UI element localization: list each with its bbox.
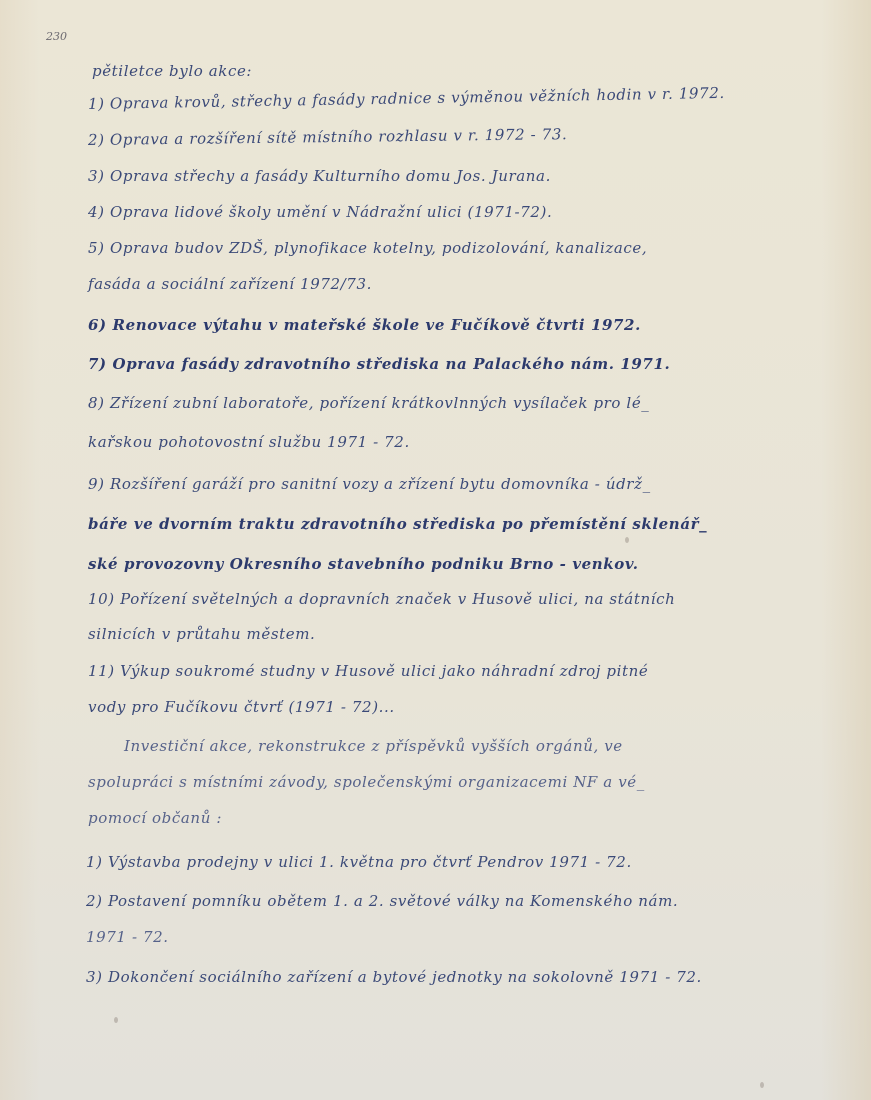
paragraph-line-2: spolupráci s místními závody, společensk… [88, 773, 645, 791]
paper-speck [114, 1017, 118, 1023]
handwritten-page: 230 pětiletce bylo akce: 1) Oprava krovů… [0, 0, 871, 1100]
second-list-item-3: 3) Dokončení sociálního zařízení a bytov… [86, 968, 702, 986]
list-item-3: 3) Oprava střechy a fasády Kulturního do… [88, 167, 551, 185]
list-item-10-line-1: 10) Pořízení světelných a dopravních zna… [88, 590, 675, 608]
list-item-4: 4) Oprava lidové školy umění v Nádražní … [88, 203, 552, 221]
list-item-2: 2) Oprava a rozšíření sítě místního rozh… [88, 125, 568, 149]
list-item-5-line-1: 5) Oprava budov ZDŠ, plynofikace kotelny… [88, 239, 647, 257]
list-item-9-line-2: báře ve dvorním traktu zdravotního střed… [88, 515, 707, 533]
list-item-9-line-1: 9) Rozšíření garáží pro sanitní vozy a z… [88, 475, 651, 493]
paragraph-line-3: pomocí občanů : [88, 809, 222, 827]
paper-speck [760, 1082, 764, 1088]
list-item-6: 6) Renovace výtahu v mateřské škole ve F… [88, 316, 641, 334]
paper-speck [625, 537, 629, 543]
second-list-item-2-line-2: 1971 - 72. [86, 928, 169, 946]
list-item-9-line-3: ské provozovny Okresního stavebního podn… [88, 555, 639, 573]
list-item-8-line-1: 8) Zřízení zubní laboratoře, pořízení kr… [88, 394, 649, 412]
list-item-11-line-1: 11) Výkup soukromé studny v Husově ulici… [88, 662, 648, 680]
page-number: 230 [46, 30, 67, 43]
second-list-item-1: 1) Výstavba prodejny v ulici 1. května p… [86, 853, 632, 871]
list-item-10-line-2: silnicích v průtahu městem. [88, 625, 315, 643]
list-item-1: 1) Oprava krovů, střechy a fasády radnic… [88, 84, 725, 113]
list-item-7: 7) Oprava fasády zdravotního střediska n… [88, 355, 670, 373]
list-item-8-line-2: kařskou pohotovostní službu 1971 - 72. [88, 433, 410, 451]
list-item-11-line-2: vody pro Fučíkovu čtvrť (1971 - 72)... [88, 698, 395, 716]
second-list-item-2-line-1: 2) Postavení pomníku obětem 1. a 2. svět… [86, 892, 678, 910]
intro-line: pětiletce bylo akce: [92, 62, 252, 80]
paragraph-line-1: Investiční akce, rekonstrukce z příspěvk… [124, 737, 623, 755]
list-item-5-line-2: fasáda a sociální zařízení 1972/73. [88, 275, 372, 293]
